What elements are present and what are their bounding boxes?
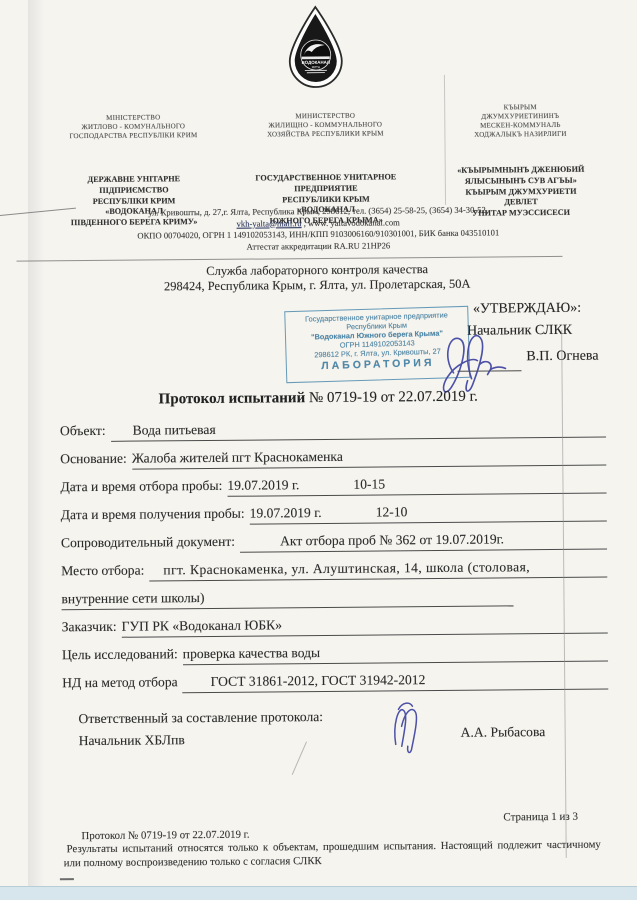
responsible-person-block: Ответственный за составление протокола: … [78, 706, 323, 752]
field-value-time: 12-10 [322, 504, 408, 521]
field-accompanying-document: Сопроводительный документ: Акт отбора пр… [61, 522, 607, 555]
vodokanal-drop-logo-icon: ВОДОКАНАЛ ЯЛТА [277, 4, 354, 91]
document-content: ВОДОКАНАЛ ЯЛТА МІНІСТЕРСТВО ЖИТЛОВО - КО… [0, 0, 637, 900]
protocol-title-bold: Протокол испытаний [159, 390, 306, 407]
email-address: vkh-yalta@mail.ru [237, 218, 302, 229]
protocol-title-number: № 0719-19 от 22.07.2019 г. [305, 389, 478, 407]
field-label: Дата и время получения пробы: [61, 506, 245, 527]
field-object: Объект: Вода питьевая [60, 410, 606, 443]
scanned-document-page: ВОДОКАНАЛ ЯЛТА МІНІСТЕРСТВО ЖИТЛОВО - КО… [0, 0, 637, 900]
approve-heading: «УТВЕРЖДАЮ»: [473, 301, 581, 318]
field-value: Жалоба жителей пгт Краснокаменка [132, 449, 343, 467]
field-value-time: 10-15 [299, 476, 385, 493]
scan-mark-dash [60, 878, 74, 880]
ministry-name-ru: МИНИСТЕРСТВО ЖИЛИЩНО - КОММУНАЛЬНОГО ХОЗ… [231, 111, 419, 140]
field-value: пгт. Краснокаменка, ул. Алуштинская, 14,… [149, 559, 530, 578]
logo-text: ВОДОКАНАЛ [302, 60, 330, 65]
field-value: внутренние сети школы) [61, 590, 204, 607]
field-sampling-method-standard: НД на метод отбора ГОСТ 31861-2012, ГОСТ… [62, 661, 608, 694]
scanner-bed-edge [0, 886, 637, 900]
protocol-fields: Объект: Вода питьевая Основание: Жалоба … [60, 410, 608, 695]
field-value: проверка качества воды [183, 645, 321, 662]
footer-protocol-ref: Протокол № 0719-19 от 22.07.2019 г. [81, 829, 249, 842]
rybasova-signature [385, 696, 434, 758]
field-label: Цель исследований: [62, 646, 178, 666]
ministry-name-ct: КЪЫРЫМ ДЖУМХУРИЕТИНИНЪ МЕСКЕН-КОММУНАЛЬ … [421, 102, 619, 140]
field-label: Основание: [60, 451, 127, 471]
field-receiving-datetime: Дата и время получения пробы: 19.07.2019… [61, 494, 607, 527]
field-label: Место отбора: [61, 563, 144, 583]
field-value: Акт отбора проб № 362 от 19.07.2019г. [240, 531, 504, 549]
contact-block: ул. Кривошты, д. 27,г. Ялта, Республика … [53, 204, 583, 255]
ogneva-signature [427, 320, 512, 399]
logo-subtext: ЯЛТА [312, 65, 321, 69]
responsible-person-name: А.А. Рыбасова [461, 724, 546, 741]
field-research-purpose: Цель исследований: проверка качества вод… [62, 633, 608, 666]
field-basis: Основание: Жалоба жителей пгт Краснокаме… [60, 438, 606, 471]
field-value: 19.07.2019 г. [250, 505, 322, 522]
field-label: НД на метод отбора [62, 674, 178, 694]
field-value: 19.07.2019 г. [227, 477, 299, 494]
protocol-title: Протокол испытаний № 0719-19 от 22.07.20… [0, 387, 637, 410]
footer-disclaimer-line2: или полному воспроизведению только с сог… [64, 855, 322, 869]
field-value: Вода питьевая [111, 422, 216, 439]
field-value: ГОСТ 31861-2012, ГОСТ 31942-2012 [183, 672, 426, 690]
page-number: Страница 1 из 3 [503, 811, 578, 824]
field-label: Дата и время отбора пробы: [60, 478, 222, 498]
website-address: , www. yaltavodokanal.com [301, 217, 399, 228]
field-label: Объект: [60, 423, 106, 442]
field-customer: Заказчик: ГУП РК «Водоканал ЮБК» [62, 605, 608, 638]
field-label: Заказчик: [62, 619, 117, 638]
approver-name: В.П. Огнева [526, 349, 598, 366]
ministry-name-uk: МІНІСТЕРСТВО ЖИТЛОВО - КОМУНАЛЬНОГО ГОСП… [37, 113, 229, 142]
laboratory-service-block: Служба лабораторного контроля качества 2… [0, 260, 636, 296]
field-value: ГУП РК «Водоканал ЮБК» [122, 617, 283, 634]
field-label: Сопроводительный документ: [61, 534, 235, 555]
field-sampling-datetime: Дата и время отбора пробы: 19.07.2019 г.… [60, 466, 606, 499]
field-sampling-place: Место отбора: пгт. Краснокаменка, ул. Ал… [61, 549, 607, 582]
